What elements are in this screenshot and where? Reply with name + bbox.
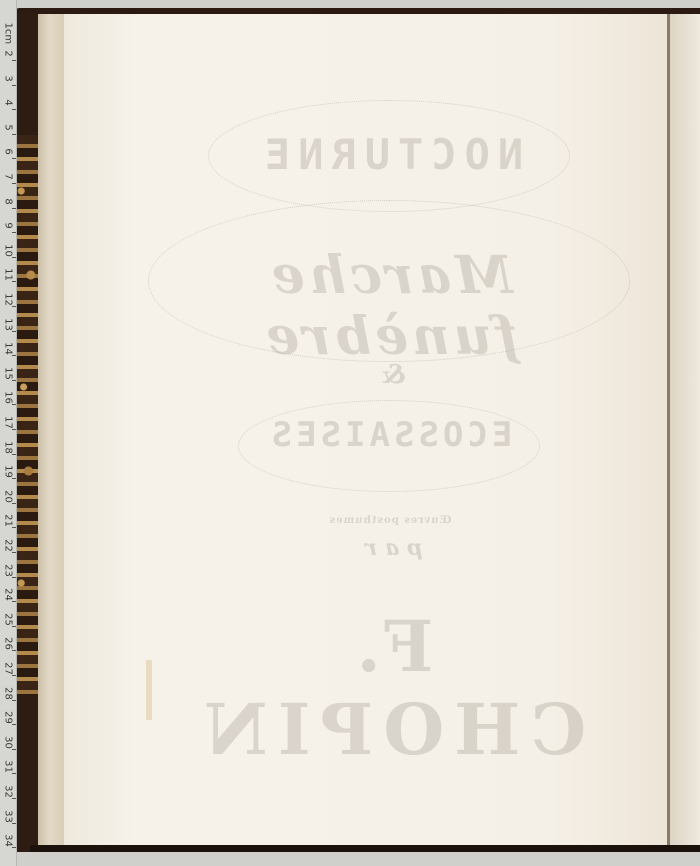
ruler-tick-label: 4 [3,96,14,110]
ruler-tick-label: 30 [3,735,14,749]
ruler-tick-label: 14 [3,342,14,356]
ruler-tick-label: 26 [3,637,14,651]
ruler-tick-label: 5 [3,120,14,134]
ruler-tick-label: 12 [3,293,14,307]
ruler-tick-label: 15 [3,366,14,380]
ruler-tick-label: 8 [3,194,14,208]
ruler-tick-label: 19 [3,465,14,479]
ruler-tick-label: 9 [3,219,14,233]
ruler-tick-label: 21 [3,514,14,528]
bleed-subtitle: Œuvres posthumes [150,515,630,526]
ruler-tick-label: 22 [3,539,14,553]
page-block-edge [38,14,66,850]
facing-page-edge [670,14,700,850]
ruler-tick-label: 17 [3,416,14,430]
ruler-tick-label: 27 [3,662,14,676]
ruler-tick-label: 7 [3,170,14,184]
measurement-ruler: 1cm 234567891011121314151617181920212223… [0,0,17,866]
ruler-tick-label: 25 [3,612,14,626]
ruler-tick-label: 18 [3,440,14,454]
ruler-tick-label: 13 [3,317,14,331]
bleed-through-title-page: NOCTURNE Marche funèbre & ECOSSAISES Œuv… [150,80,630,740]
ruler-tick-label: 33 [3,809,14,823]
ruler-tick-label: 3 [3,71,14,85]
bleed-title-nocturne: NOCTURNE [150,130,630,179]
bleed-title-ecossaises: ECOSSAISES [150,415,630,455]
ruler-tick-label: 11 [3,268,14,282]
ruler-tick-label: 31 [3,760,14,774]
ruler-tick-label: 24 [3,588,14,602]
bleed-par: par [150,535,630,561]
bleed-title-marche: Marche funèbre [150,245,630,367]
ruler-tick-label: 6 [3,145,14,159]
ruler-tick-label: 16 [3,391,14,405]
ruler-tick-label: 23 [3,563,14,577]
foxing-stain [146,660,152,720]
ruler-tick-label: 10 [3,243,14,257]
ruler-tick-label: 20 [3,489,14,503]
marbled-board [14,135,38,695]
ruler-tick-label: 28 [3,686,14,700]
ruler-tick-label: 34 [3,834,14,848]
ruler-unit: 1cm [0,12,16,49]
ruler-tick: 34 [0,835,16,866]
ruler-unit-label: 1cm [3,23,14,37]
ruler-tick-label: 32 [3,785,14,799]
ruler-bottom-edge [16,852,700,866]
ruler-tick-label: 2 [3,47,14,61]
bleed-composer: F. CHOPIN [150,605,630,771]
ruler-tick-label: 29 [3,711,14,725]
bleed-ampersand: & [150,360,630,390]
